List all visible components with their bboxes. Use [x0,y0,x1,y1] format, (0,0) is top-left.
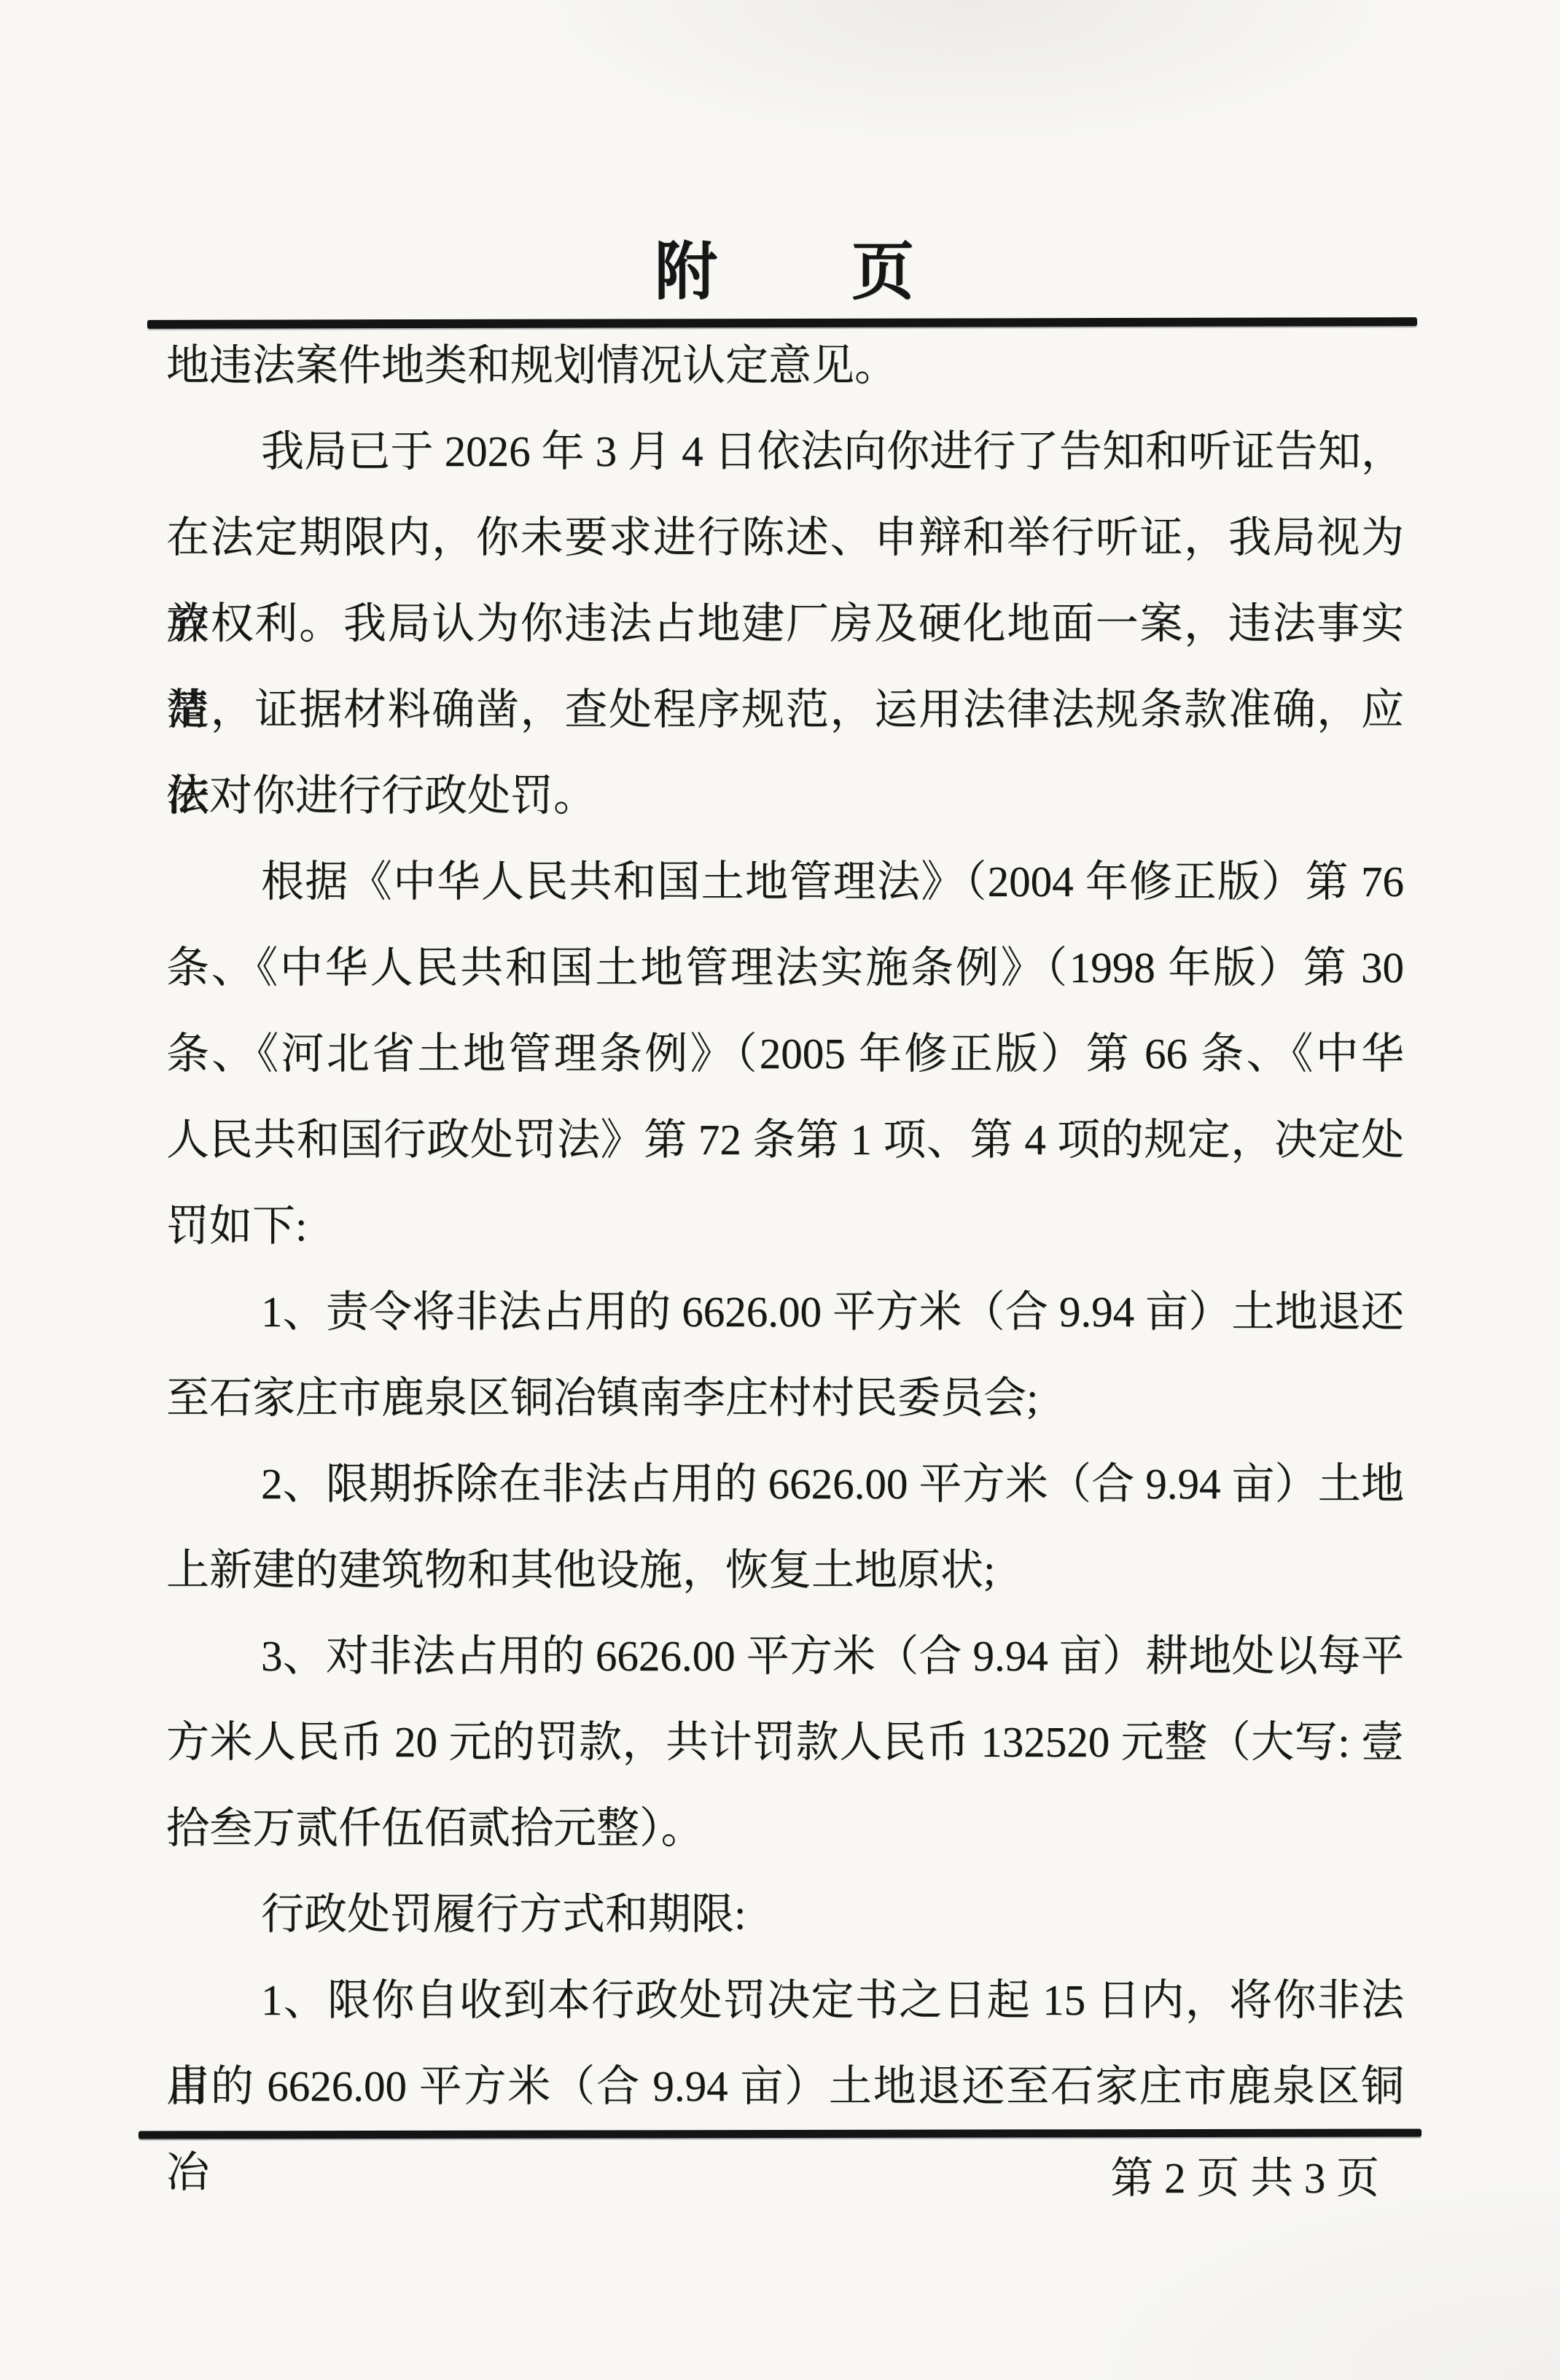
text-line: 1、责令将非法占用的 6626.00 平方米（合 9.94 亩）土地退还 [166,1269,1404,1355]
text-line: 法对你进行行政处罚。 [166,752,1404,839]
text-line: 罚如下: [166,1183,1404,1269]
text-line: 用的 6626.00 平方米（合 9.94 亩）土地退还至石家庄市鹿泉区铜冶 [166,2043,1404,2129]
page-title: 附 页 [166,232,1405,319]
page-number: 第 2 页 共 3 页 [166,2135,1404,2221]
text-line: 拾叁万贰仟伍佰贰拾元整）。 [166,1785,1404,1871]
text-line: 弃权利。我局认为你违法占地建厂房及硬化地面一案，违法事实清 [166,580,1404,666]
text-line: 3、对非法占用的 6626.00 平方米（合 9.94 亩）耕地处以每平 [166,1613,1404,1699]
text-line: 行政处罚履行方式和期限: [166,1871,1404,1957]
text-line: 2、限期拆除在非法占用的 6626.00 平方米（合 9.94 亩）土地 [166,1441,1404,1527]
text-line: 人民共和国行政处罚法》第 72 条第 1 项、第 4 项的规定，决定处 [166,1097,1404,1183]
document-body: 地违法案件地类和规划情况认定意见。 我局已于 2026 年 3 月 4 日依法向… [166,322,1404,2129]
text-line: 条、《中华人民共和国土地管理法实施条例》（1998 年版）第 30 [166,925,1404,1011]
text-line: 根据《中华人民共和国土地管理法》（2004 年修正版）第 76 [166,839,1404,925]
scanned-document-page: 附 页 地违法案件地类和规划情况认定意见。 我局已于 2026 年 3 月 4 … [0,0,1560,2380]
text-line: 在法定期限内，你未要求进行陈述、申辩和举行听证，我局视为放 [166,494,1404,580]
text-line: 我局已于 2026 年 3 月 4 日依法向你进行了告知和听证告知， [166,408,1404,494]
text-line: 方米人民币 20 元的罚款，共计罚款人民币 132520 元整（大写: 壹 [166,1699,1404,1785]
text-line: 楚，证据材料确凿，查处程序规范，运用法律法规条款准确，应依 [166,666,1404,752]
text-line: 1、限你自收到本行政处罚决定书之日起 15 日内，将你非法占 [166,1957,1404,2043]
text-line: 上新建的建筑物和其他设施，恢复土地原状; [166,1527,1404,1613]
text-line: 条、《河北省土地管理条例》（2005 年修正版）第 66 条、《中华 [166,1011,1404,1097]
text-line: 至石家庄市鹿泉区铜冶镇南李庄村村民委员会; [166,1355,1404,1441]
text-line: 地违法案件地类和规划情况认定意见。 [166,322,1404,408]
